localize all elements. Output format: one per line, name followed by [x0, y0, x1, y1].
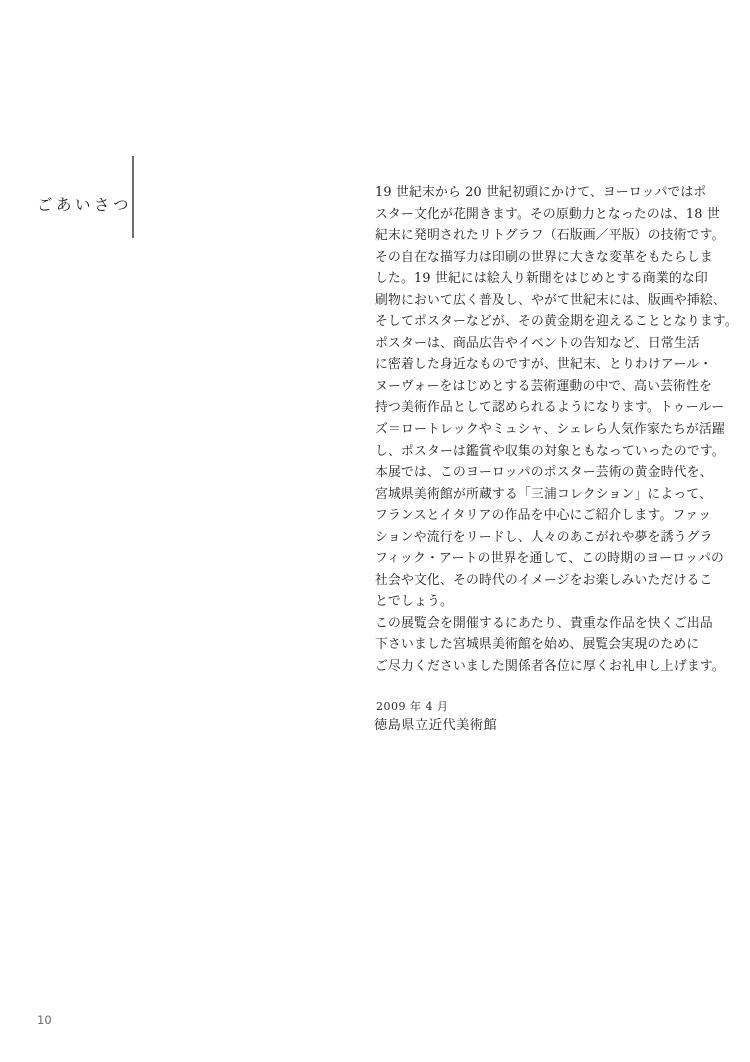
greeting-body-text: 19 世紀末から 20 世紀初頭にかけて、ヨーロッパではポ スター文化が花開きま…	[375, 182, 680, 678]
museum-signature: 徳島県立近代美術館	[374, 714, 497, 733]
greeting-date: 2009 年 4 月	[376, 698, 448, 714]
page-title: ごあいさつ	[37, 193, 132, 215]
page-number: 10	[37, 1013, 52, 1027]
vertical-rule	[132, 156, 134, 238]
document-page: ごあいさつ 19 世紀末から 20 世紀初頭にかけて、ヨーロッパではポ スター文…	[0, 0, 750, 1062]
